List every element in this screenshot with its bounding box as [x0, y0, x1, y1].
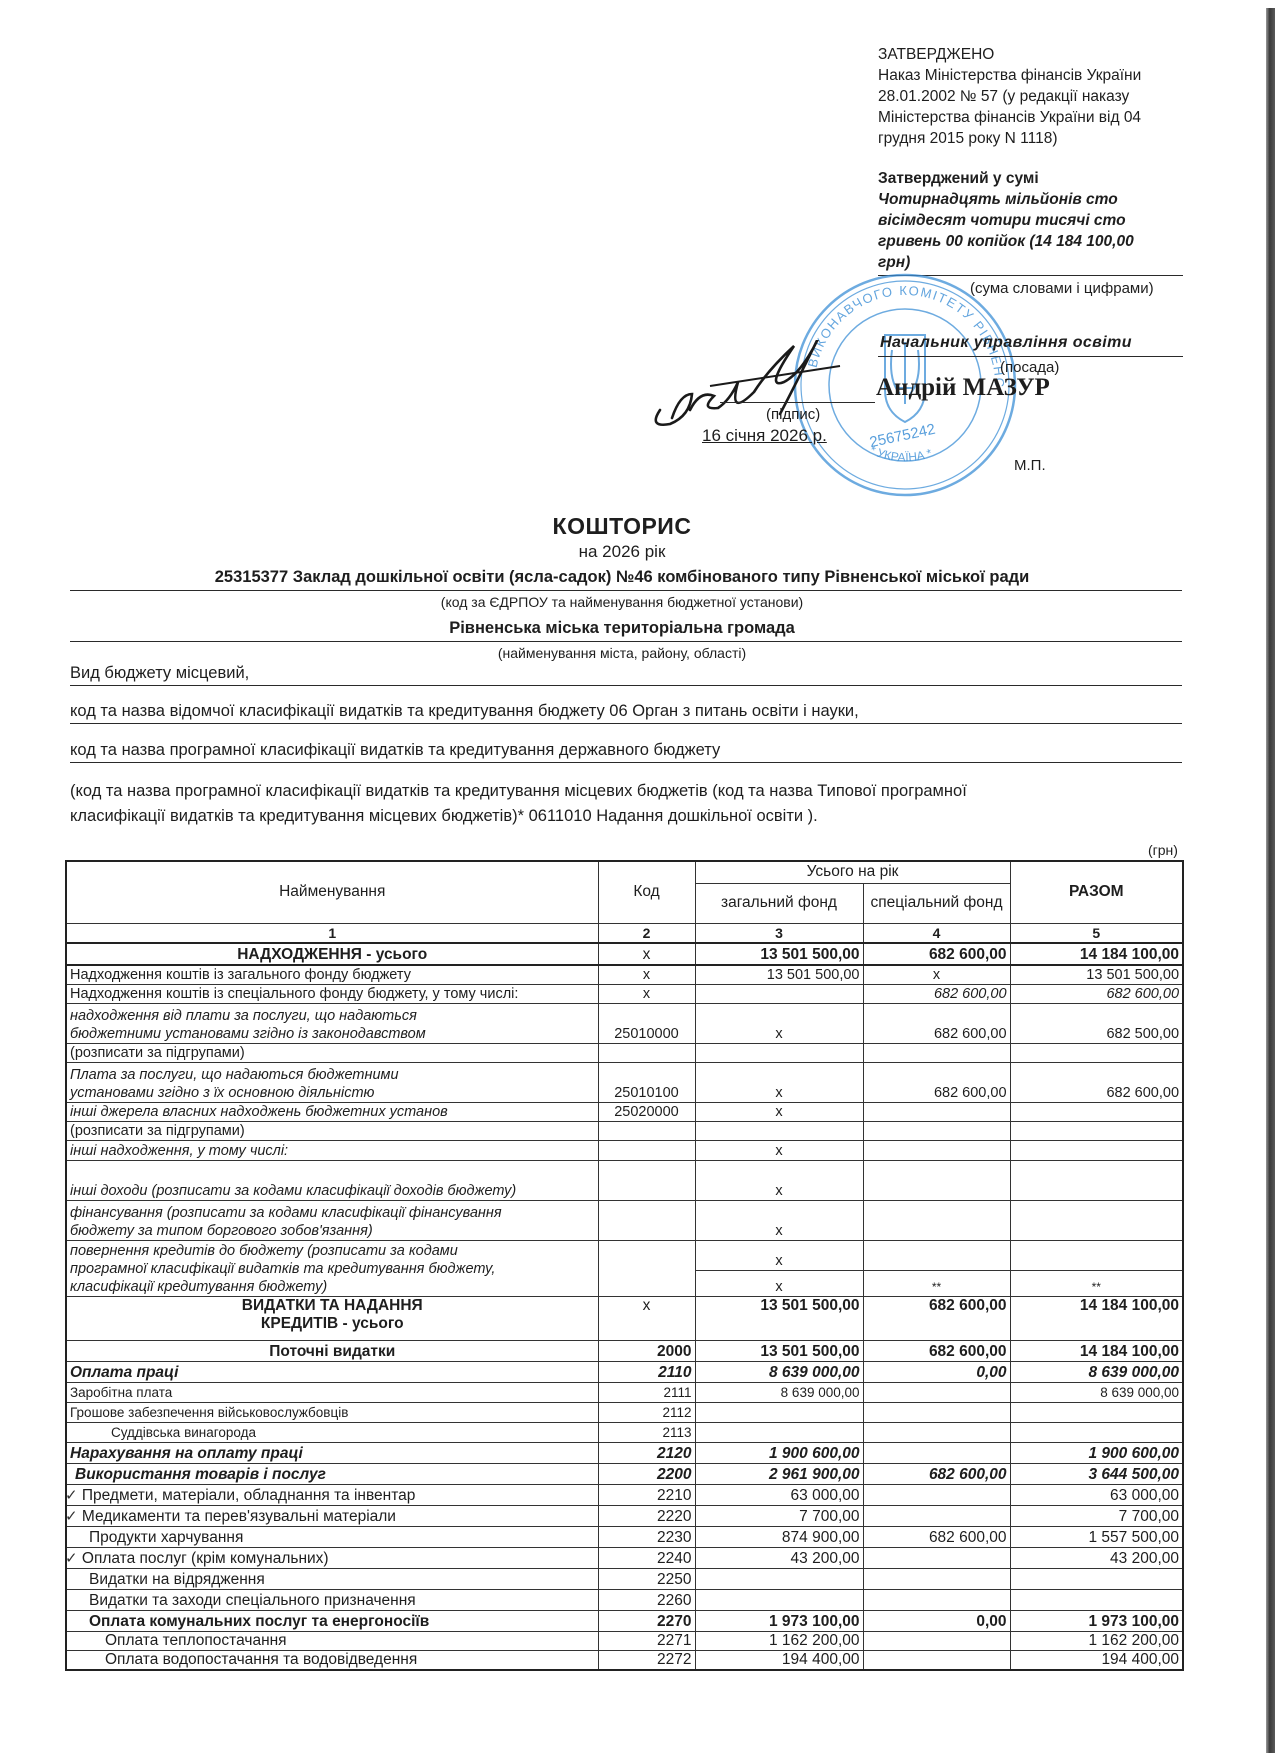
- community-caption: (найменування міста, району, області): [62, 645, 1182, 661]
- row-name: фінансування (розписати за кодами класиф…: [66, 1200, 598, 1240]
- row-special: [863, 1200, 1010, 1240]
- signer-name: Андрій МАЗУР: [876, 374, 1050, 402]
- header-year-total: Усього на рік: [695, 861, 1010, 883]
- row-name: повернення кредитів до бюджету (розписат…: [66, 1240, 598, 1296]
- row-total: 8 639 000,00: [1010, 1361, 1183, 1382]
- row-name-line: програмної класифікації видатків та кред…: [70, 1260, 595, 1278]
- row-general: х: [695, 1062, 863, 1102]
- row-code: 2230: [598, 1526, 695, 1547]
- row-code: 2120: [598, 1442, 695, 1463]
- row-total: [1010, 1043, 1183, 1062]
- row-name: Нарахування на оплату праці: [66, 1442, 598, 1463]
- row-special: 682 600,00: [863, 984, 1010, 1003]
- row-name: Надходження коштів із загального фонду б…: [66, 965, 598, 985]
- table-row: (розписати за підгрупами): [66, 1043, 1183, 1062]
- budget-type: Вид бюджету місцевий,: [70, 664, 1182, 686]
- table-row: Плата за послуги, що надаються бюджетним…: [66, 1062, 1183, 1102]
- approval-line: грудня 2015 року N 1118): [878, 128, 1178, 149]
- row-total: [1010, 1240, 1183, 1270]
- row-total: **: [1010, 1270, 1183, 1296]
- row-total: 14 184 100,00: [1010, 1296, 1183, 1340]
- signature-underline: [720, 402, 875, 403]
- row-general: [695, 1402, 863, 1422]
- table-row: фінансування (розписати за кодами класиф…: [66, 1200, 1183, 1240]
- row-code: 2240: [598, 1547, 695, 1568]
- row-general: 874 900,00: [695, 1526, 863, 1547]
- row-code: х: [598, 1296, 695, 1340]
- row-name: ВИДАТКИ ТА НАДАННЯ КРЕДИТІВ - усього: [66, 1296, 598, 1340]
- community-underline: [70, 641, 1182, 642]
- row-special: 682 600,00: [863, 1526, 1010, 1547]
- row-name: ✓ Предмети, матеріали, обладнання та інв…: [66, 1484, 598, 1505]
- row-name: Оплата комунальних послуг та енергоносії…: [66, 1610, 598, 1631]
- row-general: 63 000,00: [695, 1484, 863, 1505]
- column-number: 5: [1010, 923, 1183, 943]
- table-row: (розписати за підгрупами): [66, 1121, 1183, 1140]
- row-code: 2272: [598, 1650, 695, 1670]
- approved-sum-words: гривень 00 копійок (14 184 100,00: [878, 231, 1178, 252]
- row-general: 8 639 000,00: [695, 1382, 863, 1402]
- row-general: 13 501 500,00: [695, 943, 863, 965]
- table-row: Оплата водопостачання та водовідведення …: [66, 1650, 1183, 1670]
- local-program-classification: (код та назва програмної класифікації ви…: [70, 779, 1182, 829]
- header-special-fund: спеціальний фонд: [863, 883, 1010, 923]
- budget-table: Найменування Код Усього на рік РАЗОМ заг…: [65, 860, 1184, 1671]
- row-special: [863, 1442, 1010, 1463]
- row-general: 13 501 500,00: [695, 965, 863, 985]
- column-number: 3: [695, 923, 863, 943]
- row-general: 8 639 000,00: [695, 1361, 863, 1382]
- row-name: Видатки та заходи спеціального призначен…: [66, 1589, 598, 1610]
- row-total: 3 644 500,00: [1010, 1463, 1183, 1484]
- column-number: 1: [66, 923, 598, 943]
- row-special: 682 600,00: [863, 943, 1010, 965]
- row-name-text: Медикаменти та перев'язувальні матеріали: [82, 1508, 396, 1525]
- row-name: ✓ Медикаменти та перев'язувальні матеріа…: [66, 1505, 598, 1526]
- row-special: [863, 1589, 1010, 1610]
- row-code: [598, 1140, 695, 1160]
- position-underline: [878, 356, 1183, 357]
- row-name: Оплата водопостачання та водовідведення: [66, 1650, 598, 1670]
- row-general: 7 700,00: [695, 1505, 863, 1526]
- table-row: інші надходження, у тому числі: х: [66, 1140, 1183, 1160]
- row-special: [863, 1382, 1010, 1402]
- approval-heading: ЗАТВЕРДЖЕНО: [878, 44, 1178, 65]
- row-general: [695, 1043, 863, 1062]
- row-code: х: [598, 984, 695, 1003]
- approval-block: ЗАТВЕРДЖЕНО Наказ Міністерства фінансів …: [878, 44, 1178, 149]
- row-code: х: [598, 943, 695, 965]
- row-general: 1 900 600,00: [695, 1442, 863, 1463]
- row-total: 1 900 600,00: [1010, 1442, 1183, 1463]
- table-row: ✓ Предмети, матеріали, обладнання та інв…: [66, 1484, 1183, 1505]
- check-mark-icon: ✓: [66, 1487, 78, 1504]
- approved-sum-title: Затверджений у сумі: [878, 168, 1178, 189]
- row-name-line: установами згідно з їх основною діяльніс…: [70, 1084, 595, 1102]
- row-general: [695, 1589, 863, 1610]
- row-special: 682 600,00: [863, 1463, 1010, 1484]
- row-special: 682 600,00: [863, 1296, 1010, 1340]
- row-special: [863, 1240, 1010, 1270]
- row-total: 14 184 100,00: [1010, 1340, 1183, 1361]
- currency-note: (грн): [1148, 842, 1178, 858]
- row-total: 682 500,00: [1010, 1003, 1183, 1043]
- row-total: 1 973 100,00: [1010, 1610, 1183, 1631]
- table-row: Суддівська винагорода 2113: [66, 1422, 1183, 1442]
- row-name: Використання товарів і послуг: [66, 1463, 598, 1484]
- row-special: [863, 1568, 1010, 1589]
- row-special: 0,00: [863, 1610, 1010, 1631]
- column-number: 2: [598, 923, 695, 943]
- row-special: 682 600,00: [863, 1003, 1010, 1043]
- institution-underline: [70, 590, 1182, 591]
- row-name-line: бюджетними установами згідно із законода…: [70, 1025, 595, 1043]
- row-code: 2270: [598, 1610, 695, 1631]
- table-row: Поточні видатки 2000 13 501 500,00 682 6…: [66, 1340, 1183, 1361]
- row-code: 2000: [598, 1340, 695, 1361]
- approval-line: Наказ Міністерства фінансів України: [878, 65, 1178, 86]
- row-special: [863, 1102, 1010, 1121]
- row-code: х: [598, 965, 695, 985]
- row-total: 8 639 000,00: [1010, 1382, 1183, 1402]
- row-code: 2271: [598, 1631, 695, 1650]
- row-special: [863, 1484, 1010, 1505]
- row-general: 2 961 900,00: [695, 1463, 863, 1484]
- row-name: інші джерела власних надходжень бюджетни…: [66, 1102, 598, 1121]
- table-row: Заробітна плата 2111 8 639 000,00 8 639 …: [66, 1382, 1183, 1402]
- row-general: 1 162 200,00: [695, 1631, 863, 1650]
- row-total: 13 501 500,00: [1010, 965, 1183, 985]
- row-code: 25010000: [598, 1003, 695, 1043]
- row-total: [1010, 1121, 1183, 1140]
- table-row: надходження від плати за послуги, що над…: [66, 1003, 1183, 1043]
- row-name: інші доходи (розписати за кодами класифі…: [66, 1160, 598, 1200]
- row-code: [598, 1043, 695, 1062]
- row-name: Плата за послуги, що надаються бюджетним…: [66, 1062, 598, 1102]
- row-name-line: повернення кредитів до бюджету (розписат…: [70, 1242, 595, 1260]
- row-special: [863, 1160, 1010, 1200]
- table-row: Оплата комунальних послуг та енергоносії…: [66, 1610, 1183, 1631]
- row-total: [1010, 1422, 1183, 1442]
- row-special: [863, 1422, 1010, 1442]
- row-special: [863, 1631, 1010, 1650]
- row-code: 2210: [598, 1484, 695, 1505]
- row-total: [1010, 1160, 1183, 1200]
- table-row: ✓ Оплата послуг (крім комунальних) 2240 …: [66, 1547, 1183, 1568]
- row-general: [695, 1121, 863, 1140]
- row-name-line: класифікації кредитування бюджету): [70, 1278, 595, 1296]
- row-total: [1010, 1402, 1183, 1422]
- row-name-line: Плата за послуги, що надаються бюджетним…: [70, 1066, 595, 1084]
- row-name: ✓ Оплата послуг (крім комунальних): [66, 1547, 598, 1568]
- local-program-line: класифікації видатків та кредитування мі…: [70, 804, 1182, 829]
- row-total: [1010, 1589, 1183, 1610]
- row-code: 2250: [598, 1568, 695, 1589]
- row-total: 63 000,00: [1010, 1484, 1183, 1505]
- row-code: [598, 1200, 695, 1240]
- row-total: [1010, 1568, 1183, 1589]
- row-total: 194 400,00: [1010, 1650, 1183, 1670]
- row-special: [863, 1650, 1010, 1670]
- row-name: Продукти харчування: [66, 1526, 598, 1547]
- row-name: Суддівська винагорода: [66, 1422, 598, 1442]
- check-mark-icon: ✓: [66, 1550, 78, 1567]
- local-program-line: (код та назва програмної класифікації ви…: [70, 779, 1182, 804]
- row-general: [695, 1422, 863, 1442]
- row-code: 2113: [598, 1422, 695, 1442]
- row-general: х: [695, 1102, 863, 1121]
- check-mark-icon: ✓: [66, 1508, 78, 1525]
- table-row: Використання товарів і послуг 2200 2 961…: [66, 1463, 1183, 1484]
- row-general: 43 200,00: [695, 1547, 863, 1568]
- departmental-classification: код та назва відомчої класифікації видат…: [70, 702, 1182, 724]
- row-general: х: [695, 1160, 863, 1200]
- row-name-text: Оплата послуг (крім комунальних): [82, 1550, 329, 1567]
- row-special: 682 600,00: [863, 1340, 1010, 1361]
- row-name-line: КРЕДИТІВ - усього: [70, 1315, 595, 1333]
- row-general: х: [695, 1003, 863, 1043]
- community-name: Рівненська міська територіальна громада: [62, 619, 1182, 638]
- row-code: [598, 1121, 695, 1140]
- table-row: Оплата праці 2110 8 639 000,00 0,00 8 63…: [66, 1361, 1183, 1382]
- table-row: повернення кредитів до бюджету (розписат…: [66, 1240, 1183, 1270]
- row-general: 1 973 100,00: [695, 1610, 863, 1631]
- row-code: 2220: [598, 1505, 695, 1526]
- scan-edge: [1266, 8, 1275, 1753]
- row-name: Грошове забезпечення військовослужбовців: [66, 1402, 598, 1422]
- table-row: НАДХОДЖЕННЯ - усього х 13 501 500,00 682…: [66, 943, 1183, 965]
- row-general: х: [695, 1270, 863, 1296]
- row-general: [695, 1568, 863, 1589]
- signer-position: Начальник управління освіти: [880, 334, 1132, 352]
- row-code: 25010100: [598, 1062, 695, 1102]
- row-total: [1010, 1140, 1183, 1160]
- row-special: [863, 1043, 1010, 1062]
- row-special: [863, 1505, 1010, 1526]
- row-general: 13 501 500,00: [695, 1296, 863, 1340]
- row-name-line: бюджету за типом боргового зобов'язання): [70, 1222, 595, 1240]
- row-general: х: [695, 1140, 863, 1160]
- row-total: [1010, 1102, 1183, 1121]
- row-name: надходження від плати за послуги, що над…: [66, 1003, 598, 1043]
- row-total: 682 600,00: [1010, 984, 1183, 1003]
- state-program-classification: код та назва програмної класифікації вид…: [70, 741, 1182, 763]
- row-name-line: ВИДАТКИ ТА НАДАННЯ: [70, 1297, 595, 1315]
- row-general: 13 501 500,00: [695, 1340, 863, 1361]
- row-total: 1 557 500,00: [1010, 1526, 1183, 1547]
- row-general: х: [695, 1240, 863, 1270]
- approved-sum-words: вісімдесят чотири тисячі сто: [878, 210, 1178, 231]
- row-general: [695, 984, 863, 1003]
- seal-caption: М.П.: [1014, 457, 1046, 474]
- document-title: КОШТОРИС: [62, 513, 1182, 540]
- row-special: [863, 1547, 1010, 1568]
- approved-sum-block: Затверджений у сумі Чотирнадцять мільйон…: [878, 168, 1178, 273]
- row-special: **: [863, 1270, 1010, 1296]
- row-name: (розписати за підгрупами): [66, 1043, 598, 1062]
- row-special: [863, 1140, 1010, 1160]
- header-general-fund: загальний фонд: [695, 883, 863, 923]
- signature-caption: (підпис): [766, 406, 820, 423]
- row-general: 194 400,00: [695, 1650, 863, 1670]
- row-special: [863, 1121, 1010, 1140]
- row-name-line: надходження від плати за послуги, що над…: [70, 1007, 595, 1025]
- row-special: [863, 1402, 1010, 1422]
- row-code: 2260: [598, 1589, 695, 1610]
- row-total: 1 162 200,00: [1010, 1631, 1183, 1650]
- column-number: 4: [863, 923, 1010, 943]
- table-row: Видатки та заходи спеціального призначен…: [66, 1589, 1183, 1610]
- row-name: НАДХОДЖЕННЯ - усього: [66, 943, 598, 965]
- row-name: Надходження коштів із спеціального фонду…: [66, 984, 598, 1003]
- approval-date: 16 січня 2026 р.: [702, 426, 827, 446]
- row-total: 682 600,00: [1010, 1062, 1183, 1102]
- table-row: Надходження коштів із загального фонду б…: [66, 965, 1183, 985]
- approved-sum-words: Чотирнадцять мільйонів сто: [878, 189, 1178, 210]
- table-row: інші джерела власних надходжень бюджетни…: [66, 1102, 1183, 1121]
- row-code: 2111: [598, 1382, 695, 1402]
- table-row: ✓ Медикаменти та перев'язувальні матеріа…: [66, 1505, 1183, 1526]
- document-year: на 2026 рік: [62, 542, 1182, 562]
- row-general: х: [695, 1200, 863, 1240]
- row-code: [598, 1240, 695, 1296]
- row-code: [598, 1160, 695, 1200]
- row-name: Видатки на відрядження: [66, 1568, 598, 1589]
- row-name: Оплата теплопостачання: [66, 1631, 598, 1650]
- table-row: Оплата теплопостачання 2271 1 162 200,00…: [66, 1631, 1183, 1650]
- table-row: ВИДАТКИ ТА НАДАННЯ КРЕДИТІВ - усього х 1…: [66, 1296, 1183, 1340]
- row-name: Оплата праці: [66, 1361, 598, 1382]
- row-name: (розписати за підгрупами): [66, 1121, 598, 1140]
- row-total: 7 700,00: [1010, 1505, 1183, 1526]
- row-code: 2200: [598, 1463, 695, 1484]
- row-code: 25020000: [598, 1102, 695, 1121]
- table-row: Видатки на відрядження 2250: [66, 1568, 1183, 1589]
- row-total: 14 184 100,00: [1010, 943, 1183, 965]
- row-total: [1010, 1200, 1183, 1240]
- header-total: РАЗОМ: [1010, 861, 1183, 923]
- table-row: інші доходи (розписати за кодами класифі…: [66, 1160, 1183, 1200]
- table-row: Грошове забезпечення військовослужбовців…: [66, 1402, 1183, 1422]
- row-special: 682 600,00: [863, 1062, 1010, 1102]
- institution-name: 25315377 Заклад дошкільної освіти (ясла-…: [62, 568, 1182, 587]
- row-code: 2110: [598, 1361, 695, 1382]
- row-code: 2112: [598, 1402, 695, 1422]
- approval-line: 28.01.2002 № 57 (у редакції наказу: [878, 86, 1178, 107]
- header-code: Код: [598, 861, 695, 923]
- row-name: інші надходження, у тому числі:: [66, 1140, 598, 1160]
- table-row: Продукти харчування 2230 874 900,00 682 …: [66, 1526, 1183, 1547]
- header-name: Найменування: [66, 861, 598, 923]
- table-row: Надходження коштів із спеціального фонду…: [66, 984, 1183, 1003]
- row-special: 0,00: [863, 1361, 1010, 1382]
- row-name: Заробітна плата: [66, 1382, 598, 1402]
- row-special: х: [863, 965, 1010, 985]
- table-row: Нарахування на оплату праці 2120 1 900 6…: [66, 1442, 1183, 1463]
- row-name-line: фінансування (розписати за кодами класиф…: [70, 1204, 595, 1222]
- approval-line: Міністерства фінансів України від 04: [878, 107, 1178, 128]
- row-name: Поточні видатки: [66, 1340, 598, 1361]
- row-name-text: Предмети, матеріали, обладнання та інвен…: [82, 1487, 415, 1504]
- institution-caption: (код за ЄДРПОУ та найменування бюджетної…: [62, 594, 1182, 610]
- row-total: 43 200,00: [1010, 1547, 1183, 1568]
